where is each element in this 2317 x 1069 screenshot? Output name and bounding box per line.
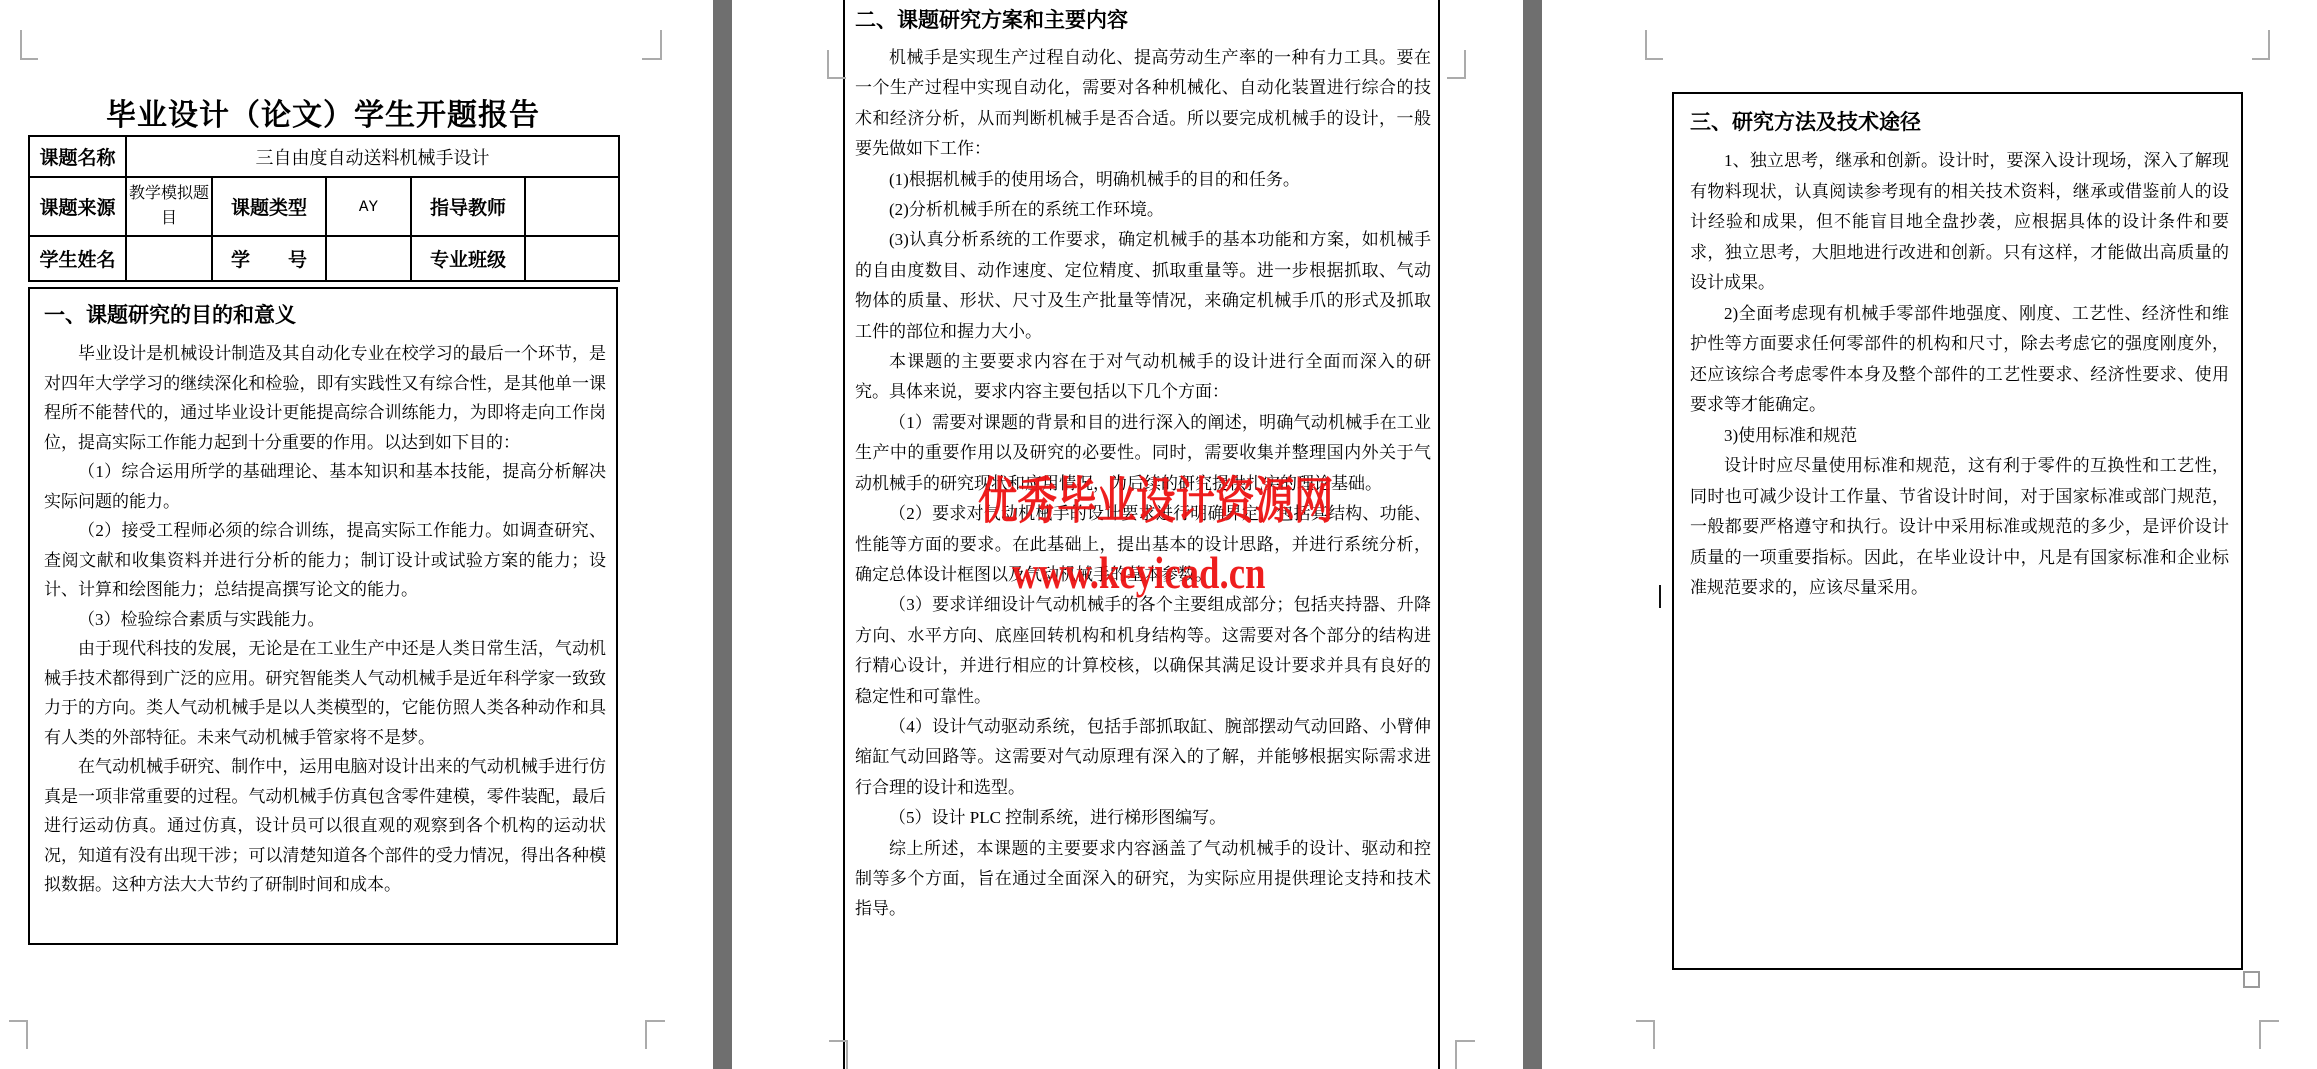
section-3-box: 三、研究方法及技术途径 1、独立思考，继承和创新。设计时，要深入设计现场，深入了… <box>1672 92 2243 970</box>
margin-mark <box>2252 30 2270 60</box>
topic-name-value: 三自由度自动送料机械手设计 <box>126 136 619 177</box>
report-title: 毕业设计（论文）学生开题报告 <box>28 90 618 134</box>
page-gap-divider <box>1523 0 1542 1069</box>
margin-mark <box>1636 1020 1655 1049</box>
margin-mark <box>2259 1020 2279 1049</box>
paragraph: （4）设计气动驱动系统，包括手部抓取缸、腕部摆动气动回路、小臂伸缩缸气动回路等。… <box>855 712 1431 803</box>
paragraph: （3）要求详细设计气动机械手的各个主要组成部分；包括夹持器、升降方向、水平方向、… <box>855 590 1431 712</box>
class-label: 专业班级 <box>411 236 525 281</box>
topic-name-label: 课题名称 <box>29 136 126 177</box>
paragraph: 在气动机械手研究、制作中，运用电脑对设计出来的气动机械手进行仿真是一项非常重要的… <box>44 752 606 900</box>
topic-source-label: 课题来源 <box>29 177 126 236</box>
student-name-label: 学生姓名 <box>29 236 126 281</box>
topic-type-label: 课题类型 <box>212 177 326 236</box>
margin-mark <box>829 1040 848 1069</box>
paragraph: 综上所述，本课题的主要要求内容涵盖了气动机械手的设计、驱动和控制等多个方面，旨在… <box>855 834 1431 925</box>
paragraph: （1）综合运用所学的基础理论、基本知识和基本技能，提高分析解决实际问题的能力。 <box>44 457 606 516</box>
margin-mark <box>642 30 662 60</box>
paragraph: (1)根据机械手的使用场合，明确机械手的目的和任务。 <box>855 165 1431 195</box>
table-resize-handle[interactable] <box>2243 971 2260 988</box>
student-name-value <box>126 236 212 281</box>
section-1-box: 一、课题研究的目的和意义 毕业设计是机械设计制造及其自动化专业在校学习的最后一个… <box>28 287 618 945</box>
paragraph: (3)认真分析系统的工作要求，确定机械手的基本功能和方案，如机械手的自由度数目、… <box>855 225 1431 347</box>
advisor-label: 指导教师 <box>411 177 525 236</box>
page-gap-divider <box>713 0 732 1069</box>
watermark-site-url: www.keyicad.cn <box>1012 546 1266 599</box>
advisor-value <box>525 177 619 236</box>
paragraph: 2)全面考虑现有机械手零部件地强度、刚度、工艺性、经济性和维护性等方面要求任何零… <box>1690 299 2229 421</box>
paragraph: （2）接受工程师必须的综合训练，提高实际工作能力。如调查研究、查阅文献和收集资料… <box>44 516 606 605</box>
section-1-body: 毕业设计是机械设计制造及其自动化专业在校学习的最后一个环节，是对四年大学学习的继… <box>44 339 606 900</box>
paragraph: 本课题的主要要求内容在于对气动机械手的设计进行全面而深入的研究。具体来说，要求内… <box>855 347 1431 408</box>
section-2-table-left-border <box>843 0 845 1069</box>
paragraph: （3）检验综合素质与实践能力。 <box>44 605 606 635</box>
margin-mark <box>827 50 846 79</box>
section-1-heading: 一、课题研究的目的和意义 <box>44 299 606 329</box>
paragraph: 设计时应尽量使用标准和规范，这有利于零件的互换性和工艺性，同时也可减少设计工作量… <box>1690 451 2229 604</box>
section-3-body: 1、独立思考，继承和创新。设计时，要深入设计现场，深入了解现有物料现状，认真阅读… <box>1690 146 2229 604</box>
margin-mark <box>20 30 38 60</box>
class-value <box>525 236 619 281</box>
paragraph: 3)使用标准和规范 <box>1690 421 2229 452</box>
student-id-label: 学 号 <box>212 236 326 281</box>
margin-mark <box>1447 50 1466 79</box>
section-2-table-right-border <box>1438 0 1440 1069</box>
topic-type-value: AY <box>326 177 411 236</box>
paragraph: 1、独立思考，继承和创新。设计时，要深入设计现场，深入了解现有物料现状，认真阅读… <box>1690 146 2229 299</box>
student-id-value <box>326 236 411 281</box>
paragraph: 毕业设计是机械设计制造及其自动化专业在校学习的最后一个环节，是对四年大学学习的继… <box>44 339 606 457</box>
paragraph: （5）设计 PLC 控制系统，进行梯形图编写。 <box>855 803 1431 833</box>
document-viewer: { "watermark": { "line1": "优秀毕业设计资源网", "… <box>0 0 2317 1069</box>
text-cursor <box>1659 585 1661 608</box>
topic-info-table: 课题名称 三自由度自动送料机械手设计 课题来源 教学模拟题目 课题类型 AY 指… <box>28 135 620 282</box>
section-3-heading: 三、研究方法及技术途径 <box>1690 106 2229 136</box>
paragraph: 机械手是实现生产过程自动化、提高劳动生产率的一种有力工具。要在一个生产过程中实现… <box>855 43 1431 165</box>
margin-mark <box>645 1020 665 1049</box>
margin-mark <box>1645 30 1663 60</box>
paragraph: 由于现代科技的发展，无论是在工业生产中还是人类日常生活，气动机械手技术都得到广泛… <box>44 634 606 752</box>
section-2-heading: 二、课题研究方案和主要内容 <box>855 4 1431 34</box>
margin-mark <box>9 1020 28 1049</box>
watermark-site-name: 优秀毕业设计资源网 <box>978 461 1334 533</box>
margin-mark <box>1455 1040 1475 1069</box>
paragraph: (2)分析机械手所在的系统工作环境。 <box>855 195 1431 225</box>
topic-source-value: 教学模拟题目 <box>126 177 212 236</box>
